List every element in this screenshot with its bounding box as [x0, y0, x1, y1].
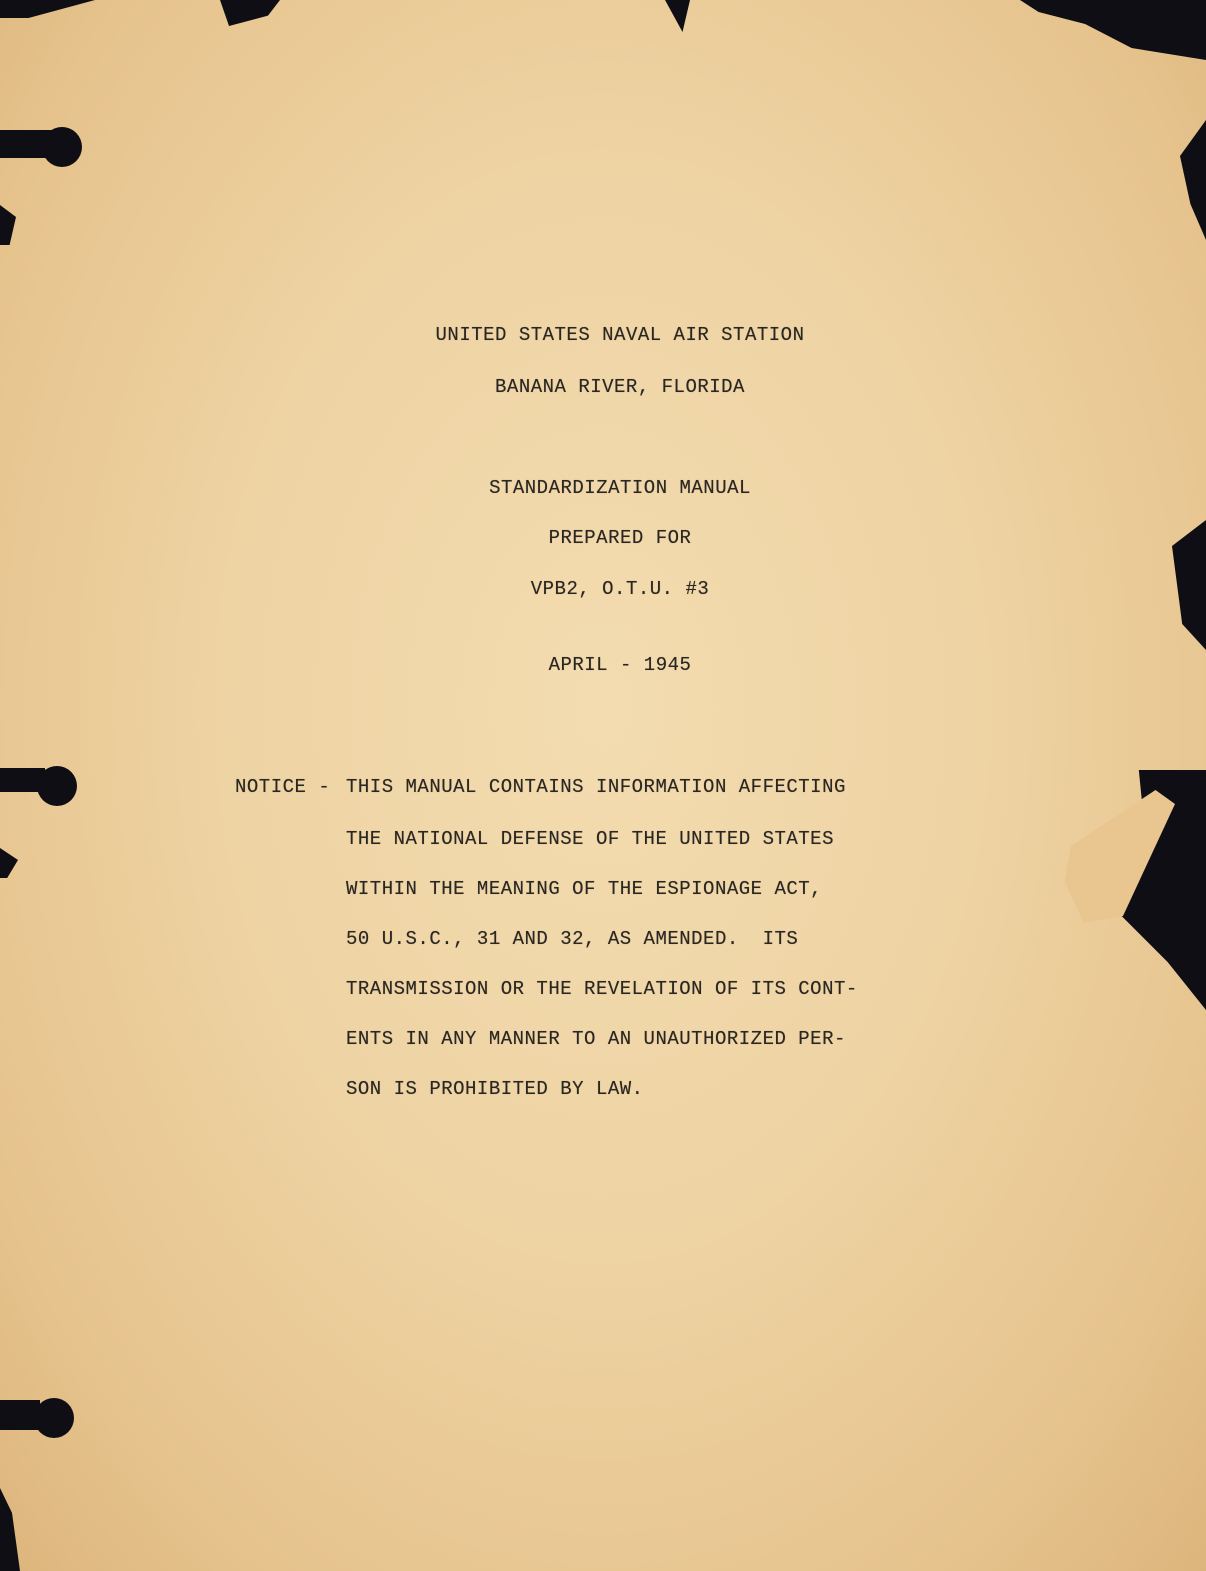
binder-slot-2: [0, 768, 45, 792]
torn-top-left: [0, 0, 95, 18]
notice-line-7: SON IS PROHIBITED BY LAW.: [346, 1078, 644, 1100]
torn-left-3: [0, 1488, 20, 1571]
header-line-2: BANANA RIVER, FLORIDA: [0, 376, 1206, 398]
binder-slot-3: [0, 1400, 40, 1430]
torn-left-1: [0, 205, 16, 245]
document-date: APRIL - 1945: [0, 654, 1206, 676]
torn-top-notch-2: [665, 0, 690, 32]
notice-label: NOTICE -: [235, 776, 342, 798]
torn-top-right: [1020, 0, 1206, 60]
title-line-1: STANDARDIZATION MANUAL: [0, 477, 1206, 499]
torn-left-2: [0, 848, 18, 878]
torn-right-edge: [1180, 120, 1206, 240]
binder-hole-3: [34, 1398, 74, 1438]
notice-line-6: ENTS IN ANY MANNER TO AN UNAUTHORIZED PE…: [346, 1028, 846, 1050]
torn-top-notch: [220, 0, 280, 26]
notice-line-2: THE NATIONAL DEFENSE OF THE UNITED STATE…: [346, 828, 834, 850]
title-line-2: PREPARED FOR: [0, 527, 1206, 549]
document-page: UNITED STATES NAVAL AIR STATION BANANA R…: [0, 0, 1206, 1571]
notice-line-4: 50 U.S.C., 31 AND 32, AS AMENDED. ITS: [346, 928, 798, 950]
notice-line-1: THIS MANUAL CONTAINS INFORMATION AFFECTI…: [346, 776, 846, 798]
notice-line-3: WITHIN THE MEANING OF THE ESPIONAGE ACT,: [346, 878, 822, 900]
notice-line-5: TRANSMISSION OR THE REVELATION OF ITS CO…: [346, 978, 858, 1000]
header-line-1: UNITED STATES NAVAL AIR STATION: [0, 324, 1206, 346]
binder-slot-1: [0, 130, 52, 158]
title-line-3: VPB2, O.T.U. #3: [0, 578, 1206, 600]
